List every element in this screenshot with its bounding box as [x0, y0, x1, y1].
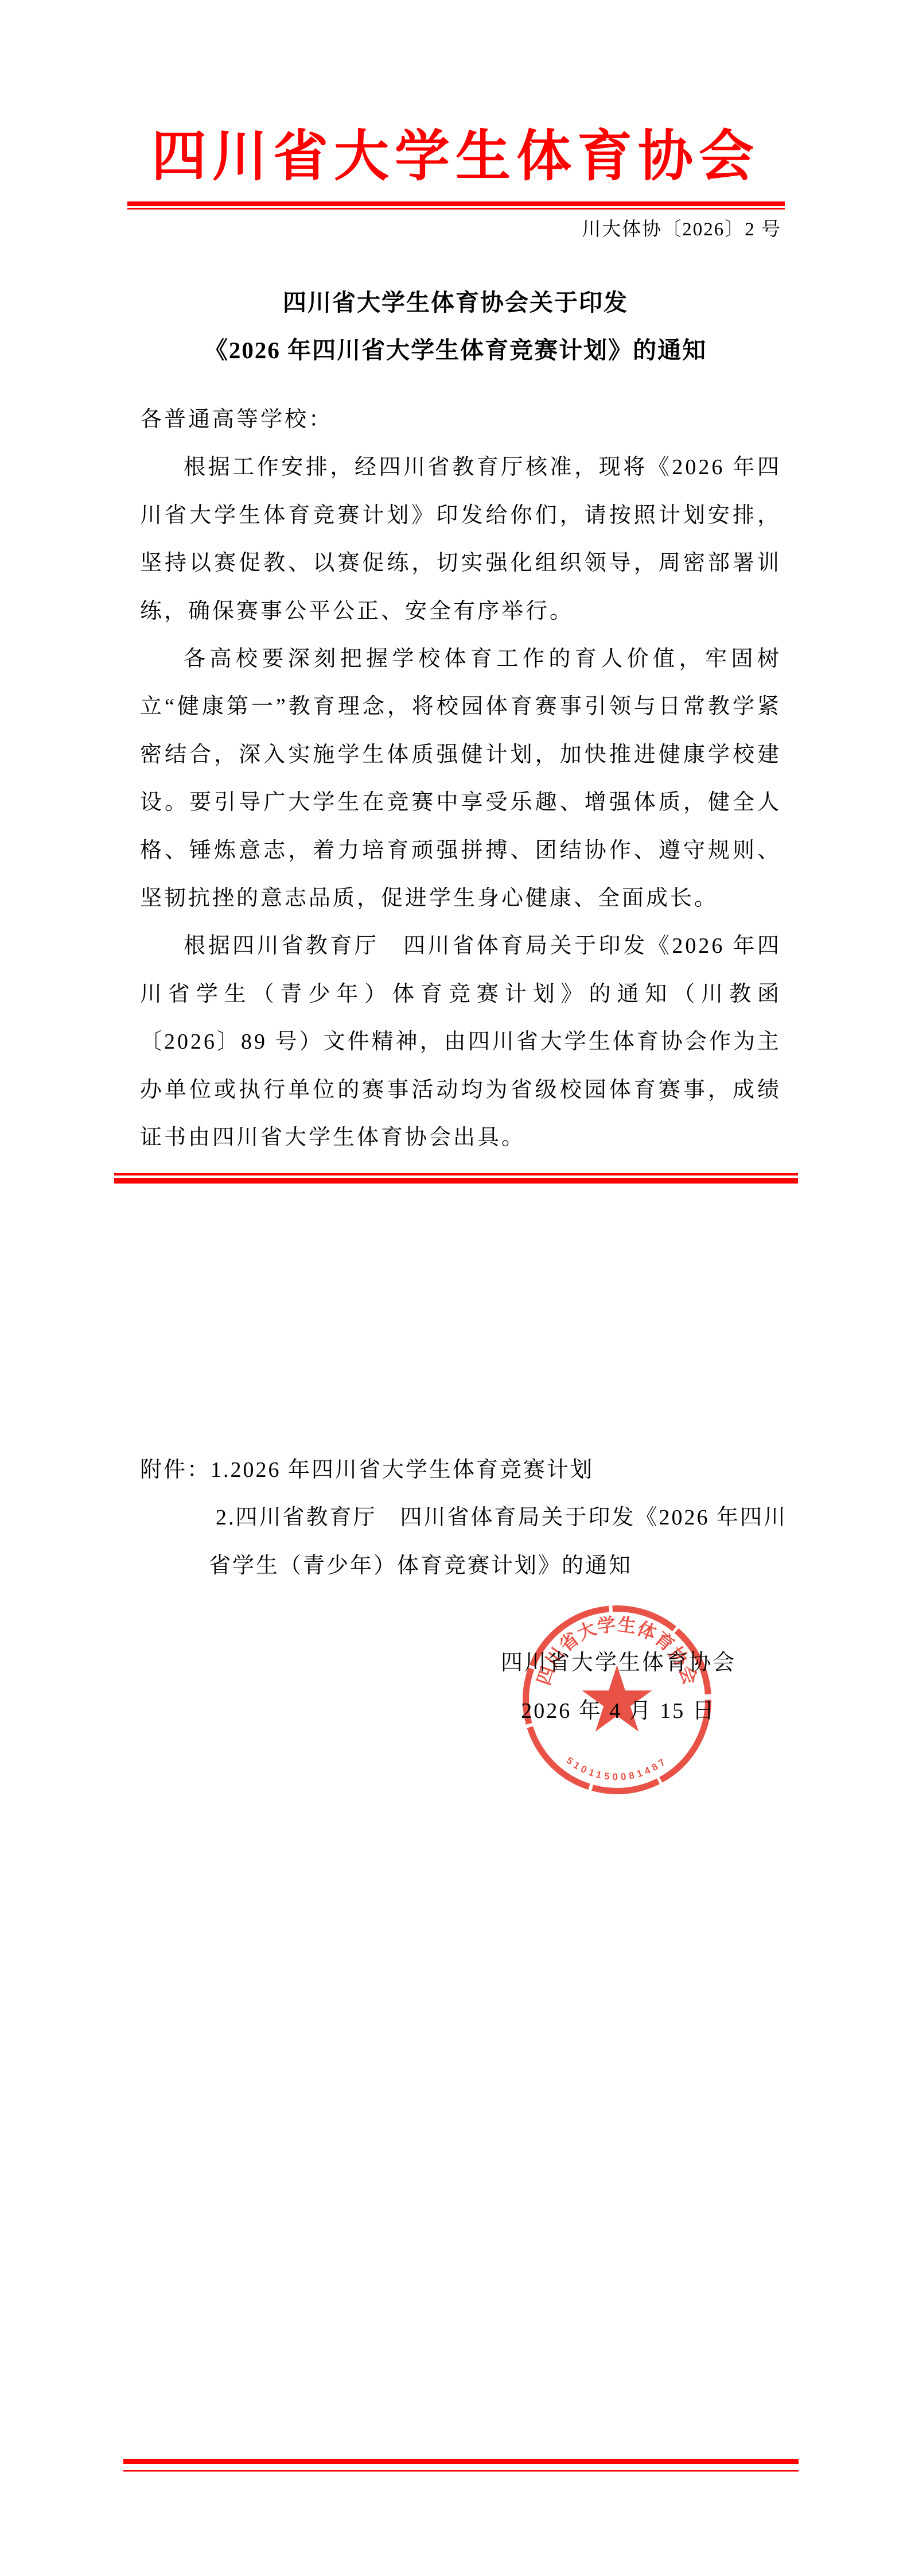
salutation: 各普通高等学校： [140, 396, 781, 444]
attachment-line-1: 附件：1.2026 年四川省大学生体育竞赛计划 [140, 1446, 805, 1494]
attachment-line-2: 2.四川省教育厅 四川省体育局关于印发《2026 年四川 [140, 1494, 805, 1542]
signature-date: 2026 年 4 月 15 日 [497, 1687, 740, 1735]
section-divider-thick [114, 1178, 798, 1184]
masthead-rule-thin [127, 208, 785, 210]
paragraph-1: 根据工作安排，经四川省教育厅核准，现将《2026 年四川省大学生体育竞赛计划》印… [140, 444, 781, 635]
masthead-title: 四川省大学生体育协会 [0, 126, 911, 187]
footer-rule-thick [123, 2459, 799, 2464]
masthead-rule [127, 201, 785, 210]
footer-rule-thin [123, 2470, 799, 2472]
signature-org: 四川省大学生体育协会 [497, 1639, 740, 1687]
document-title-line1: 四川省大学生体育协会关于印发 [140, 279, 771, 327]
svg-text:5101150081487: 5101150081487 [564, 1755, 670, 1782]
paragraph-2: 各高校要深刻把握学校体育工作的育人价值，牢固树立“健康第一”教育理念，将校园体育… [140, 635, 781, 922]
signature-block: 四川省大学生体育协会 2026 年 4 月 15 日 [497, 1639, 740, 1735]
section-divider-thin [114, 1173, 798, 1176]
attachments-block: 附件：1.2026 年四川省大学生体育竞赛计划 2.四川省教育厅 四川省体育局关… [140, 1446, 805, 1590]
doc-number: 川大体协〔2026〕2 号 [127, 217, 781, 242]
masthead-rule-thick [127, 201, 785, 206]
document-title: 四川省大学生体育协会关于印发 《2026 年四川省大学生体育竞赛计划》的通知 [140, 279, 771, 374]
attachment-line-3: 省学生（青少年）体育竞赛计划》的通知 [140, 1542, 805, 1590]
document-page: 四川省大学生体育协会 川大体协〔2026〕2 号 四川省大学生体育协会关于印发 … [0, 0, 911, 2576]
section-divider-rule [114, 1173, 798, 1184]
body-text: 各普通高等学校： 根据工作安排，经四川省教育厅核准，现将《2026 年四川省大学… [140, 396, 781, 1162]
paragraph-3: 根据四川省教育厅 四川省体育局关于印发《2026 年四川省学生（青少年）体育竞赛… [140, 922, 781, 1162]
seal-serial-number: 5101150081487 [564, 1755, 670, 1782]
document-title-line2: 《2026 年四川省大学生体育竞赛计划》的通知 [140, 327, 771, 374]
footer-rule [123, 2459, 799, 2472]
